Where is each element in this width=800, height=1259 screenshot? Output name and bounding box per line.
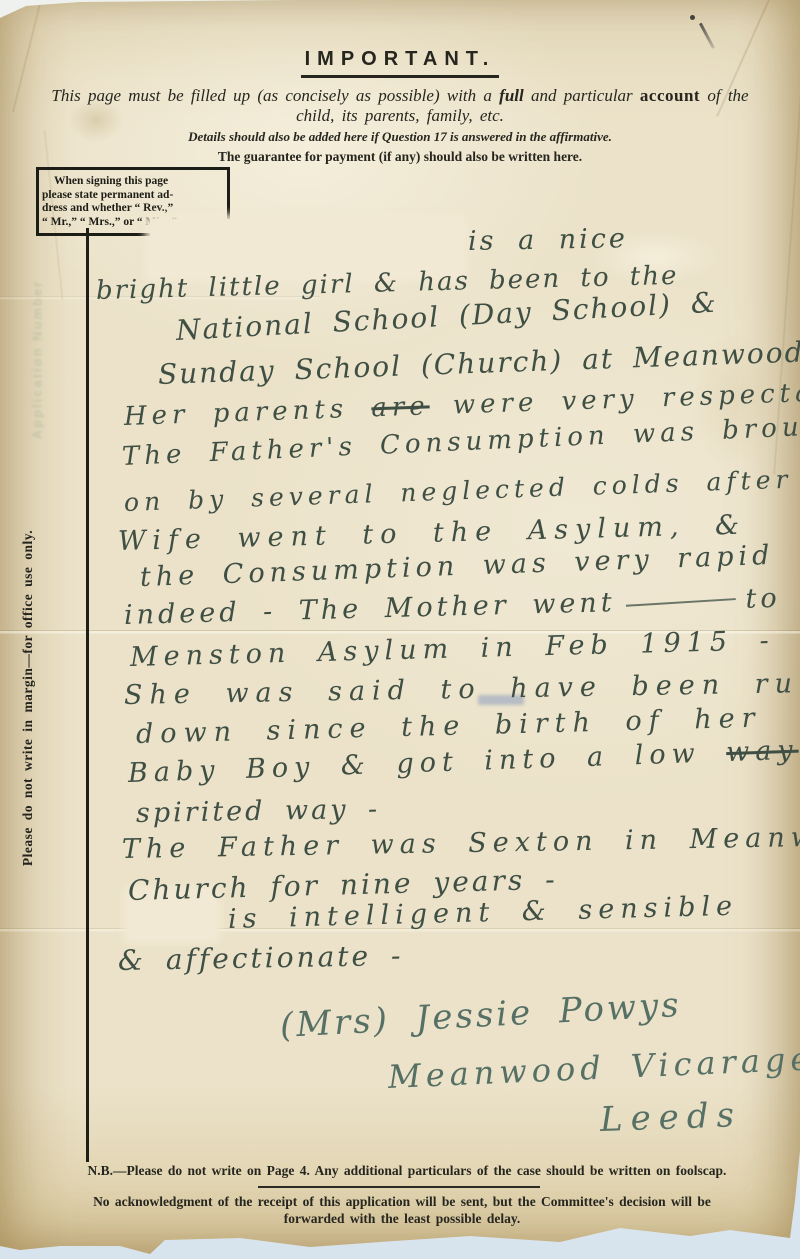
instruction-segment: This page must be filled up (as concisel… <box>51 86 499 105</box>
margin-note: Please do not write in margin—for office… <box>20 518 36 878</box>
scanned-document-page: { "colors": { "paper": "#ebe2c9", "print… <box>0 0 800 1259</box>
paper-sheet: Application Number IMPORTANT. This page … <box>0 0 800 1256</box>
guarantee-instruction: The guarantee for payment (if any) shoul… <box>0 149 800 165</box>
signature-name: (Mrs) Jessie Powys <box>279 985 683 1046</box>
instruction-bold-word: account <box>640 86 700 105</box>
stray-pen-dot <box>690 15 695 20</box>
handwriting-line: on by several neglected colds after his <box>123 462 800 517</box>
handwriting-segment: Her parents <box>123 393 371 432</box>
handwriting-line: spirited way - <box>136 794 381 829</box>
instruction-line2: child, its parents, family, etc. <box>296 106 504 125</box>
main-instruction: This page must be filled up (as concisel… <box>30 86 770 126</box>
instruction-segment: and particular <box>524 86 640 105</box>
page-title: IMPORTANT. <box>0 48 800 78</box>
handwriting-line: is a nice <box>468 223 628 257</box>
footer-acknowledgment-line: forwarded with the least possible delay. <box>30 1211 774 1227</box>
footer-acknowledgment-line: No acknowledgment of the receipt of this… <box>30 1194 774 1210</box>
margin-rule-line <box>86 228 89 1162</box>
handwriting-segment: to <box>745 583 781 615</box>
handwriting-segment: indeed - The Mother went <box>124 587 616 631</box>
details-instruction: Details should also be added here if Que… <box>0 129 800 145</box>
instruction-bold-word: full <box>499 86 524 105</box>
instruction-segment: of the <box>700 86 749 105</box>
struck-word: way <box>726 735 800 769</box>
pen-flourish <box>626 598 736 607</box>
page-title-text: IMPORTANT. <box>301 48 500 78</box>
signing-note-line: dress and whether “ Rev.,” <box>42 202 224 216</box>
handwriting-line: & affectionate - <box>118 939 404 977</box>
show-through-ghost-text: Application Number <box>30 275 45 445</box>
struck-word: are <box>371 391 430 423</box>
signature-address-line: Meanwood Vicarage <box>387 1039 800 1096</box>
footer-nb-note: N.B.—Please do not write on Page 4. Any … <box>40 1163 774 1179</box>
signing-note-line: When signing this page <box>42 175 224 189</box>
footer-divider-line <box>258 1186 540 1188</box>
signature-address-line: Leeds <box>599 1095 742 1140</box>
stray-pen-stroke <box>699 23 714 49</box>
signing-note-line: please state permanent ad- <box>42 189 224 203</box>
